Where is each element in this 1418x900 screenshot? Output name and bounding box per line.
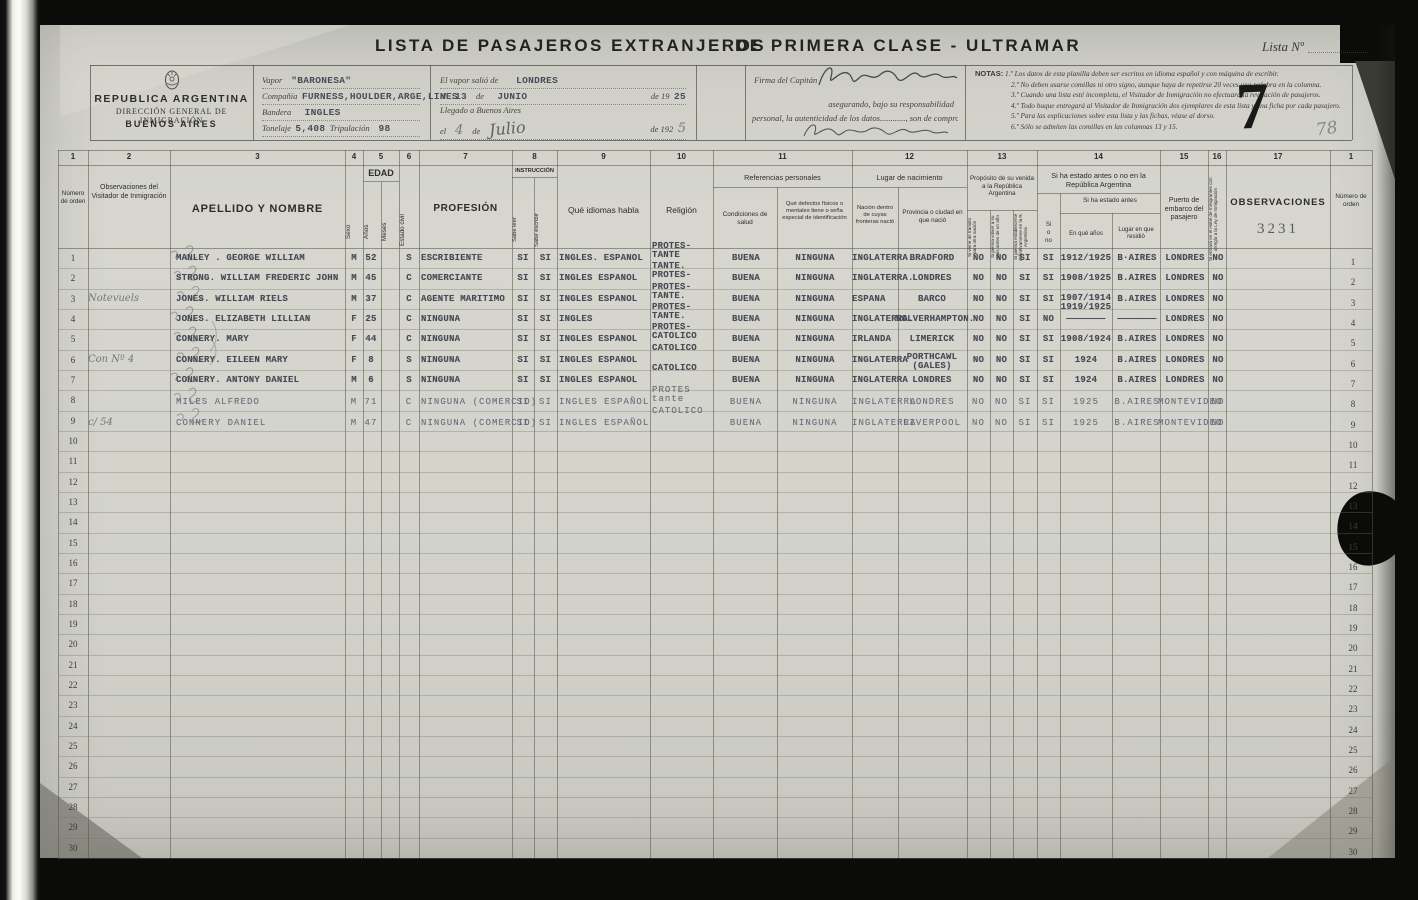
cell-t1: NO	[967, 392, 990, 412]
cell-idiomas: INGLES ESPAÑOL	[559, 392, 653, 412]
cell-defectos: NINGUNA	[777, 392, 853, 412]
cell-lugar: B.AIRES	[1112, 413, 1162, 433]
cell-t1: NO	[967, 248, 990, 268]
header-en-que-anos: En qué años	[1060, 231, 1112, 237]
cell-profesion: AGENTE MARITIMO	[421, 289, 516, 309]
salio-value: LONDRES	[516, 75, 558, 86]
cell-salud: BUENA	[715, 248, 777, 268]
cell-puerto: LONDRES	[1158, 329, 1212, 349]
cell-escribe: SI	[534, 350, 557, 370]
cell-anos: 47	[361, 413, 381, 433]
cell-name: CONNERY. MARY	[176, 329, 348, 349]
column-number: 9	[557, 152, 650, 161]
cell-escribe: SI	[534, 268, 557, 288]
cell-anos: 52	[361, 248, 381, 268]
cell-anos: 6	[361, 370, 381, 390]
cell-lugar: ———————	[1112, 309, 1162, 329]
cell-religion: PROTES-TANTE.	[652, 303, 712, 323]
order-number-left: 16	[58, 558, 88, 568]
order-number-right: 21	[1334, 664, 1372, 674]
cell-t3: SI	[1013, 350, 1037, 370]
grid-line	[1037, 193, 1160, 194]
cell-escribe: SI	[534, 392, 557, 412]
cell-profesion: NINGUNA	[421, 309, 516, 329]
cell-anios: 1912/1925	[1060, 248, 1112, 268]
cell-anios: ———————	[1060, 309, 1112, 329]
order-number-right: 10	[1334, 440, 1372, 450]
cell-profesion: COMERCIANTE	[421, 268, 516, 288]
cell-lugar: B.AIRES	[1112, 268, 1162, 288]
cell-estado: S	[399, 370, 419, 390]
tonelaje-value: 5,408	[295, 123, 325, 134]
table-row: MILES ALFREDOM71CNINGUNA (COMERCIO)SISII…	[40, 390, 1395, 410]
cell-nacion: INGLATERRA	[852, 370, 900, 390]
bandera-label: Bandera	[262, 107, 291, 117]
header-puerto: Puerto de embarco del pasajero	[1160, 197, 1208, 223]
tripulacion-label: Tripulación	[330, 123, 370, 133]
vapor-label: Vapor	[262, 75, 282, 85]
cell-salud: BUENA	[715, 370, 777, 390]
table-row: MANLEY . GEORGE WILLIAMM52SESCRIBIENTESI…	[40, 248, 1395, 268]
cell-anios: 1925	[1060, 413, 1112, 433]
stamp-number-7: 7	[1235, 68, 1271, 145]
cell-estado: C	[399, 413, 419, 433]
column-number: 1	[58, 152, 88, 161]
llegado-mes-handwritten: Julio	[488, 117, 526, 139]
grid-line	[58, 451, 1372, 452]
column-number: 14	[1037, 152, 1160, 161]
header-lugar-residio: Lugar en que residió	[1112, 227, 1160, 241]
column-number: 4	[345, 152, 363, 161]
anio-value: 25	[674, 91, 686, 102]
cell-estado: C	[399, 329, 419, 349]
cell-estuvo: SI	[1037, 350, 1060, 370]
cell-lugar: B.AIRES	[1112, 350, 1162, 370]
order-number-left: 17	[58, 578, 88, 588]
grid-line	[58, 165, 1372, 166]
order-number-left: 11	[58, 456, 88, 466]
cell-religion: PROTES-TANTE	[652, 242, 712, 262]
cell-idiomas: INGLES ESPANOL	[559, 350, 653, 370]
cell-t2: NO	[990, 248, 1013, 268]
passenger-list-sheet: LISTA DE PASAJEROS EXTRANJEROS DE PRIMER…	[40, 25, 1395, 858]
cell-anios: 1908/1924	[1060, 329, 1112, 349]
cell-idiomas: INGLES. ESPANOL	[559, 248, 653, 268]
column-number: 7	[419, 152, 512, 161]
cell-nacion: INGLATERRA.	[852, 248, 900, 268]
notas-label: NOTAS:	[975, 69, 1003, 78]
cell-anios: 1924	[1060, 370, 1112, 390]
cell-defectos: NINGUNA	[777, 289, 853, 309]
grid-line	[58, 573, 1372, 574]
cell-name: JONES. WILLIAM RIELS	[176, 289, 348, 309]
order-number-right: 27	[1334, 786, 1372, 796]
order-number-left: 26	[58, 761, 88, 771]
cell-provincia: LONDRES	[896, 268, 968, 288]
cell-religion: PROTEStante	[652, 386, 712, 406]
grid-line	[58, 553, 1372, 554]
column-number: 3	[170, 152, 345, 161]
cell-nacion: INGLATERRA	[852, 392, 900, 412]
cell-lee: SI	[512, 309, 534, 329]
header-col3: APELLIDO Y NOMBRE	[170, 203, 345, 215]
cell-obs: Notevuels	[88, 289, 172, 309]
cell-name: MANLEY . GEORGE WILLIAM	[176, 248, 348, 268]
cell-profesion: NINGUNA	[421, 370, 516, 390]
order-number-left: 24	[58, 721, 88, 731]
order-number-left: 30	[58, 843, 88, 853]
cell-lee: SI	[512, 370, 534, 390]
cell-lee: SI	[512, 248, 534, 268]
llegado-dia-handwritten: 4	[455, 123, 463, 138]
cell-defectos: NINGUNA	[777, 268, 853, 288]
order-number-right: 24	[1334, 725, 1372, 735]
cell-estado: C	[399, 268, 419, 288]
cell-t2: NO	[990, 268, 1013, 288]
table-row: CONNERY. ANTONY DANIELM6SNINGUNASISIINGL…	[40, 370, 1395, 390]
cell-puerto: LONDRES	[1158, 370, 1212, 390]
cell-idiomas: INGLES ESPANOL	[559, 289, 653, 309]
table-row: Con Nº 4CONNERY. EILEEN MARYF8SNINGUNASI…	[40, 350, 1395, 370]
cell-defectos: NINGUNA	[777, 413, 853, 433]
llegado-anio-handwritten: 5	[678, 121, 686, 136]
cell-provincia: LIVERPOOL	[896, 413, 968, 433]
vapor-value: "BARONESA"	[291, 75, 351, 86]
cell-name: CONNERY. ANTONY DANIEL	[176, 370, 348, 390]
cell-estado: C	[399, 309, 419, 329]
order-number-right: 11	[1334, 460, 1372, 470]
bottom-left-fold-shade	[40, 783, 142, 858]
header-proposito: Propósito de su venida a la República Ar…	[968, 175, 1036, 198]
cell-nacion: IRLANDA	[852, 329, 900, 349]
cell-estuvo: SI	[1037, 370, 1060, 390]
grid-line	[58, 817, 1372, 818]
captain-signature	[815, 61, 960, 93]
order-number-right: 16	[1334, 562, 1372, 572]
header-referencias: Referencias personales	[713, 173, 852, 182]
org-city: BUENOS AIRES	[90, 119, 253, 129]
cell-lee: SI	[512, 289, 534, 309]
cell-t2: NO	[990, 309, 1013, 329]
order-number-right: 23	[1334, 704, 1372, 714]
cell-t2: NO	[990, 392, 1013, 412]
cell-hotel: NO	[1208, 413, 1228, 433]
order-number-right: 30	[1334, 847, 1372, 857]
grid-line	[58, 695, 1372, 696]
cell-idiomas: INGLES ESPAÑOL	[559, 413, 653, 433]
scanned-passenger-list: LISTA DE PASAJEROS EXTRANJEROS DE PRIMER…	[0, 0, 1418, 900]
cell-salud: BUENA	[715, 392, 777, 412]
cell-provincia: BARCO	[896, 289, 968, 309]
cell-anos: 71	[361, 392, 381, 412]
cell-puerto: LONDRES	[1158, 309, 1212, 329]
order-number-right: 15	[1334, 542, 1372, 552]
cell-profesion: NINGUNA	[421, 350, 516, 370]
tonelaje-label: Tonelaje	[262, 123, 291, 133]
order-number-right: 13	[1334, 501, 1372, 511]
cell-salud: BUENA	[715, 329, 777, 349]
grid-line	[58, 594, 1372, 595]
cell-defectos: NINGUNA	[777, 329, 853, 349]
page-title-right: DE PRIMERA CLASE - ULTRAMAR	[735, 36, 1081, 56]
column-number: 16	[1208, 152, 1226, 161]
cell-t3: SI	[1013, 329, 1037, 349]
cell-defectos: NINGUNA	[777, 370, 853, 390]
cell-estuvo: SI	[1037, 248, 1060, 268]
order-number-left: 14	[58, 517, 88, 527]
header-defectos: Qué defectos físicos o mentales tiene o …	[779, 201, 850, 222]
order-number-right: 28	[1334, 806, 1372, 816]
order-number-left: 21	[58, 660, 88, 670]
tripulacion-value: 98	[378, 123, 390, 134]
argentina-coat-of-arms-icon	[162, 69, 182, 91]
cell-anos: 45	[361, 268, 381, 288]
header-profesion: PROFESIÓN	[419, 203, 512, 214]
cell-lee: SI	[512, 350, 534, 370]
de19-label: de 19	[651, 91, 670, 101]
cell-religion: PROTES-CATOLICO	[652, 323, 712, 343]
cell-hotel: NO	[1208, 309, 1228, 329]
column-number: 11	[713, 152, 852, 161]
column-number: 5	[363, 152, 399, 161]
grid-line	[58, 150, 1372, 151]
order-number-right: 22	[1334, 684, 1372, 694]
header-ha-estado: Si ha estado antes	[1060, 197, 1160, 204]
compania-label: Compañía	[262, 91, 297, 101]
cell-idiomas: INGLES ESPANOL	[559, 329, 653, 349]
grid-line	[58, 472, 1372, 473]
cell-anos: 37	[361, 289, 381, 309]
table-row: STRONG. WILLIAM FREDERIC JOHNM45CCOMERCI…	[40, 268, 1395, 288]
header-si-o-no: Si o no	[1037, 221, 1060, 245]
order-number-right: 29	[1334, 826, 1372, 836]
cell-hotel: NO	[1208, 289, 1228, 309]
cell-escribe: SI	[534, 248, 557, 268]
order-number-right: 20	[1334, 643, 1372, 653]
header-observaciones: OBSERVACIONES	[1226, 197, 1330, 208]
cell-t1: NO	[967, 370, 990, 390]
table-row: c/ 54CONNERY DANIELM47CNINGUNA (COMERCIO…	[40, 411, 1395, 431]
order-number-left: 15	[58, 538, 88, 548]
cell-t3: SI	[1013, 309, 1037, 329]
cell-estuvo: SI	[1037, 329, 1060, 349]
header-lugar-nacimiento: Lugar de nacimiento	[852, 173, 967, 182]
stamp-3231: 3231	[1226, 221, 1330, 238]
cell-t1: NO	[967, 289, 990, 309]
column-number: 6	[399, 152, 419, 161]
nota-6: 6.º Sólo se admiten las comillas en las …	[975, 122, 1341, 133]
cell-profesion: NINGUNA (COMERCIO)	[421, 413, 516, 433]
lista-number-line	[1308, 52, 1368, 53]
column-number: 8	[512, 152, 557, 161]
org-name: REPUBLICA ARGENTINA	[90, 93, 253, 105]
cell-religion: PROTES-TANTE.	[652, 283, 712, 303]
cell-salud: BUENA	[715, 350, 777, 370]
order-number-right: 14	[1334, 521, 1372, 531]
cell-salud: BUENA	[715, 289, 777, 309]
cell-lugar: B.AIRES	[1112, 370, 1162, 390]
llegado-el-label: el	[440, 126, 446, 136]
cell-anios: 1925	[1060, 392, 1112, 412]
order-number-left: 23	[58, 700, 88, 710]
cell-nacion: INGLATERRA.	[852, 309, 900, 329]
grid-line	[58, 736, 1372, 737]
top-right-black-corner	[1340, 25, 1395, 63]
table-row: NotevuelsJONES. WILLIAM RIELSM37CAGENTE …	[40, 289, 1395, 309]
cell-obs: c/ 54	[88, 413, 172, 433]
grid-line	[58, 858, 1372, 859]
cell-nacion: INGLATERRA	[852, 413, 900, 433]
cell-defectos: NINGUNA	[777, 248, 853, 268]
cell-t1: NO	[967, 268, 990, 288]
cell-t2: NO	[990, 350, 1013, 370]
cell-salud: BUENA	[715, 268, 777, 288]
grid-line	[58, 533, 1372, 534]
cell-hotel: NO	[1208, 350, 1228, 370]
cell-t3: SI	[1013, 248, 1037, 268]
cell-name: MILES ALFREDO	[176, 392, 348, 412]
cell-hotel: NO	[1208, 268, 1228, 288]
de192-label: de 192	[650, 124, 673, 134]
column-number: 17	[1226, 152, 1330, 161]
order-number-left: 12	[58, 477, 88, 487]
cell-nacion: INGLATERRA.	[852, 268, 900, 288]
cell-provincia: LONDRES	[896, 392, 968, 412]
table-row: JONES. ELIZABETH LILLIANF25CNINGUNASISII…	[40, 309, 1395, 329]
grid-line	[967, 210, 1037, 211]
cell-religion: TANTE.PROTES-	[652, 262, 712, 282]
cell-obs: Con Nº 4	[88, 350, 172, 370]
cell-hotel: NO	[1208, 248, 1228, 268]
cell-lee: SI	[512, 329, 534, 349]
nota-4: 4.º Todo buque entregará al Visitador de…	[975, 101, 1341, 112]
compania-value: FURNESS,HOULDER,ARGE,LINES	[302, 91, 458, 102]
cell-escribe: SI	[534, 289, 557, 309]
grid-line	[58, 655, 1372, 656]
cell-idiomas: INGLES ESPANOL	[559, 370, 653, 390]
cell-estado: C	[399, 289, 419, 309]
cell-religion: CATOLICO	[652, 364, 712, 384]
cell-estado: S	[399, 350, 419, 370]
cell-estado: S	[399, 248, 419, 268]
cell-lugar: B.AIRES	[1112, 289, 1162, 309]
header-col1: Número de orden	[58, 190, 88, 205]
order-number-left: 10	[58, 436, 88, 446]
grid-line	[58, 614, 1372, 615]
cell-defectos: NINGUNA	[777, 350, 853, 370]
cell-religion: CATOLICO	[652, 407, 712, 427]
cell-profesion: NINGUNA	[421, 329, 516, 349]
cell-t1: NO	[967, 329, 990, 349]
nota-3: 3.º Cuando una lista esté incompleta, el…	[975, 90, 1341, 101]
cell-t2: NO	[990, 289, 1013, 309]
order-number-left: 22	[58, 680, 88, 690]
llegado-label: Llegado a Buenos Aires	[440, 105, 521, 115]
cell-provincia: WOLVERHAMPTON.	[896, 309, 968, 329]
bottom-right-fold-shade	[1268, 713, 1395, 858]
cell-t1: NO	[967, 350, 990, 370]
cell-anos: 8	[361, 350, 381, 370]
cell-name: CONNERY DANIEL	[176, 413, 348, 433]
header-edad: EDAD	[363, 168, 399, 178]
cell-salud: BUENA	[715, 309, 777, 329]
cell-t1: NO	[967, 309, 990, 329]
column-number: 15	[1160, 152, 1208, 161]
header-salud: Condiciones de salud	[715, 211, 775, 227]
cell-t3: SI	[1013, 413, 1037, 433]
grid-line	[713, 187, 967, 188]
grid-line	[58, 716, 1372, 717]
order-number-left: 13	[58, 497, 88, 507]
cell-name: JONES. ELIZABETH LILLIAN	[176, 309, 348, 329]
order-number-left: 19	[58, 619, 88, 629]
order-number-right: 18	[1334, 603, 1372, 613]
cell-estuvo: SI	[1037, 289, 1060, 309]
cell-anos: 25	[361, 309, 381, 329]
cell-t3: SI	[1013, 370, 1037, 390]
cell-lee: SI	[512, 392, 534, 412]
cell-t3: SI	[1013, 392, 1037, 412]
header-col2: Observaciones del Visitador de Inmigraci…	[90, 183, 168, 201]
book-binding-edge	[0, 0, 40, 900]
grid-line	[512, 177, 557, 178]
header-religion: Religión	[650, 205, 713, 215]
cell-estuvo: NO	[1037, 309, 1060, 329]
cell-salud: BUENA	[715, 413, 777, 433]
captain-text1: asegurando, bajo su responsabilidad	[754, 99, 954, 109]
cell-lee: SI	[512, 268, 534, 288]
top-right-fold-shade	[1338, 61, 1395, 179]
cell-hotel: NO	[1208, 370, 1228, 390]
column-number: 2	[88, 152, 170, 161]
grid-line	[58, 492, 1372, 493]
mes-value: JUNIO	[497, 91, 527, 102]
bandera-value: INGLES	[305, 107, 341, 118]
cell-provincia: BRADFORD	[896, 248, 968, 268]
header-estado-antes: Si ha estado antes o no en la República …	[1037, 171, 1160, 189]
firma-label: Firma del Capitán	[754, 75, 817, 85]
cell-lugar: B.AIRES	[1112, 329, 1162, 349]
cell-lee: SI	[512, 413, 534, 433]
grid-line	[1060, 213, 1160, 214]
header-nacion: Nación dentro de cuyas fronteras nació	[853, 205, 897, 226]
nota-5: 5.º Para las explicaciones sobre esta li…	[975, 111, 1341, 122]
cell-t2: NO	[990, 413, 1013, 433]
cell-estuvo: SI	[1037, 392, 1060, 412]
order-number-right: 19	[1334, 623, 1372, 633]
cell-t2: NO	[990, 370, 1013, 390]
order-number-right: 12	[1334, 481, 1372, 491]
cell-defectos: NINGUNA	[777, 309, 853, 329]
grid-line	[58, 512, 1372, 513]
cell-hotel: NO	[1208, 329, 1228, 349]
page-title-left: LISTA DE PASAJEROS EXTRANJEROS	[375, 36, 766, 56]
cell-escribe: SI	[534, 413, 557, 433]
grid-line	[58, 777, 1372, 778]
cell-escribe: SI	[534, 370, 557, 390]
grid-line	[58, 756, 1372, 757]
el-label: el	[440, 91, 446, 101]
lista-number-label: Lista Nº	[1262, 39, 1304, 55]
salio-label: El vapor salió de	[440, 75, 498, 85]
cell-anos: 44	[361, 329, 381, 349]
dia-value: 13	[455, 91, 467, 102]
order-number-left: 18	[58, 599, 88, 609]
cell-idiomas: INGLES	[559, 309, 653, 329]
right-edge-shade	[1376, 25, 1395, 858]
cell-t3: SI	[1013, 289, 1037, 309]
de-label: de	[476, 91, 484, 101]
